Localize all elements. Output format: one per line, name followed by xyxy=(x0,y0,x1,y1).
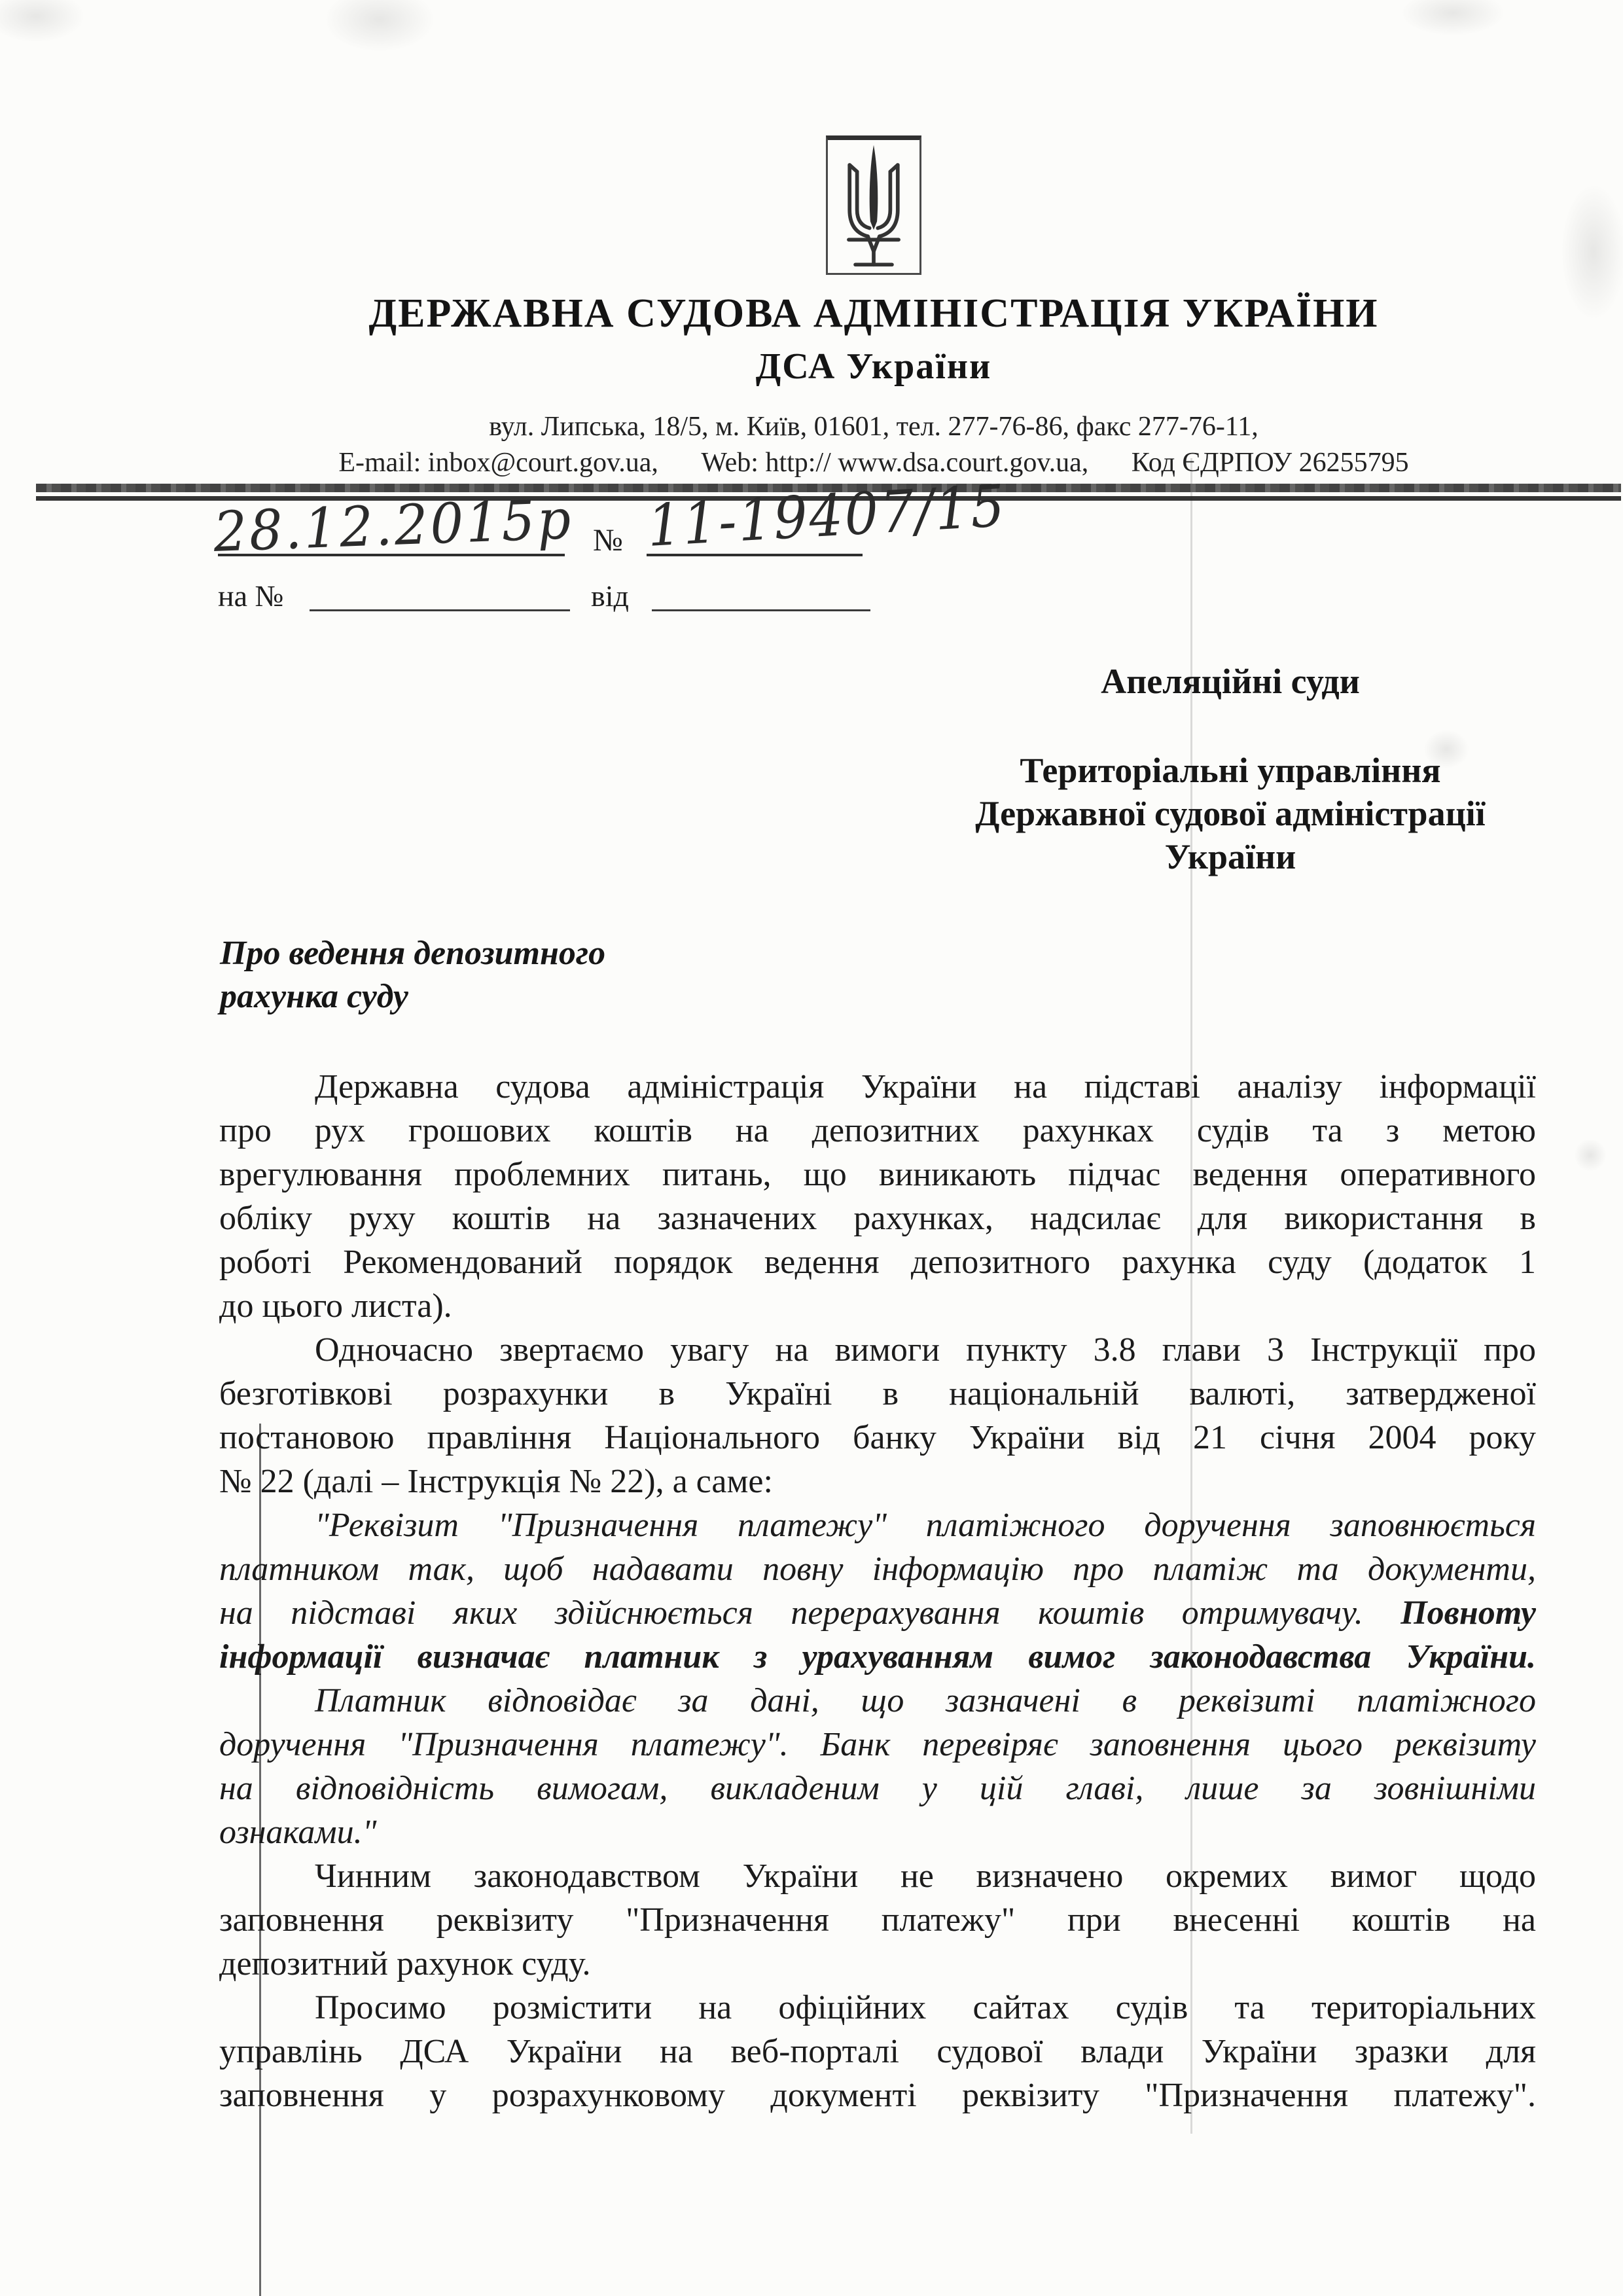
org-contacts-line: E-mail: inbox@court.gov.ua, Web: http://… xyxy=(124,447,1623,478)
body-line: Просимо розмістити на офіційних сайтах с… xyxy=(219,1986,1536,2030)
body-line: № 22 (далі – Інструкція № 22), а саме: xyxy=(219,1460,1536,1503)
body-line: депозитний рахунок суду. xyxy=(219,1942,1536,1986)
body-line: заповнення у розрахунковому документі ре… xyxy=(219,2073,1536,2117)
recipient-gap xyxy=(910,703,1551,749)
reply-from-date-label: від xyxy=(591,579,629,613)
reply-from-date-blank xyxy=(652,609,870,611)
handwritten-date: 28.12.2015р xyxy=(213,487,575,564)
org-name-title: ДЕРЖАВНА СУДОВА АДМІНІСТРАЦІЯ УКРАЇНИ xyxy=(124,291,1623,337)
recipients-block: Апеляційні суди Територіальні управління… xyxy=(910,660,1551,878)
quote-line: платником так, щоб надавати повну інформ… xyxy=(219,1547,1536,1591)
org-address-line: вул. Липська, 18/5, м. Київ, 01601, тел.… xyxy=(124,411,1623,442)
scan-noise xyxy=(324,0,435,52)
quote-line: "Реквізит "Призначення платежу" платіжно… xyxy=(219,1503,1536,1547)
subject-line: Про ведення депозитного xyxy=(220,932,605,975)
body-line: управлінь ДСА України на веб-порталі суд… xyxy=(219,2030,1536,2073)
body-line: роботі Рекомендований порядок ведення де… xyxy=(219,1240,1536,1284)
quote-line-bold: Повноту xyxy=(1400,1594,1536,1632)
body-line: Одночасно звертаємо увагу на вимоги пунк… xyxy=(219,1328,1536,1372)
body-line: безготівкові розрахунки в Україні в наці… xyxy=(219,1372,1536,1416)
recipient-line: Апеляційні суди xyxy=(910,660,1551,703)
org-edrpou-code: Код ЄДРПОУ 26255795 xyxy=(1132,447,1409,478)
quote-line: на відповідність вимогам, викладеним у ц… xyxy=(219,1767,1536,1810)
body-line: про рух грошових коштів на депозитних ра… xyxy=(219,1109,1536,1153)
date-underline xyxy=(218,554,565,556)
subject-block: Про ведення депозитного рахунка суду xyxy=(220,932,605,1018)
scan-noise xyxy=(1400,0,1505,36)
org-email: E-mail: inbox@court.gov.ua, xyxy=(338,447,658,478)
body-line: Чинним законодавством України не визначе… xyxy=(219,1854,1536,1898)
quote-line-normal: на підставі яких здійснюється перерахува… xyxy=(219,1594,1400,1632)
body-line: до цього листа). xyxy=(219,1284,1536,1328)
quote-line-bold: інформації визначає платник з урахування… xyxy=(219,1635,1536,1679)
letter-body: Державна судова адміністрація України на… xyxy=(219,1065,1536,2117)
quote-line: доручення "Призначення платежу". Банк пе… xyxy=(219,1723,1536,1767)
reply-to-number-blank xyxy=(310,609,570,611)
number-sign-label: № xyxy=(593,522,623,558)
reply-to-number-label: на № xyxy=(218,579,283,613)
scan-noise xyxy=(0,0,85,43)
quote-line: на підставі яких здійснюється перерахува… xyxy=(219,1591,1536,1635)
org-abbreviation: ДСА України xyxy=(124,346,1623,387)
subject-line: рахунка суду xyxy=(220,975,605,1018)
quote-line: Платник відповідає за дані, що зазначені… xyxy=(219,1679,1536,1723)
org-website: Web: http:// www.dsa.court.gov.ua, xyxy=(701,447,1088,478)
body-line: заповнення реквізиту "Призначення платеж… xyxy=(219,1898,1536,1942)
recipient-line: України xyxy=(910,835,1551,878)
body-line: врегулювання проблемних питань, що виник… xyxy=(219,1153,1536,1196)
body-line: обліку руху коштів на зазначених рахунка… xyxy=(219,1196,1536,1240)
tryzub-icon xyxy=(828,140,919,273)
quote-line: ознаками." xyxy=(219,1810,1536,1854)
recipient-line: Територіальні управління xyxy=(910,749,1551,792)
body-line: Державна судова адміністрація України на… xyxy=(219,1065,1536,1109)
body-line: постановою правління Національного банку… xyxy=(219,1416,1536,1460)
scan-noise xyxy=(1574,1139,1607,1172)
coat-of-arms-box xyxy=(826,135,921,275)
scanned-letter-page: ДЕРЖАВНА СУДОВА АДМІНІСТРАЦІЯ УКРАЇНИ ДС… xyxy=(0,0,1623,2296)
number-underline xyxy=(647,554,863,556)
recipient-line: Державної судової адміністрації xyxy=(910,792,1551,835)
